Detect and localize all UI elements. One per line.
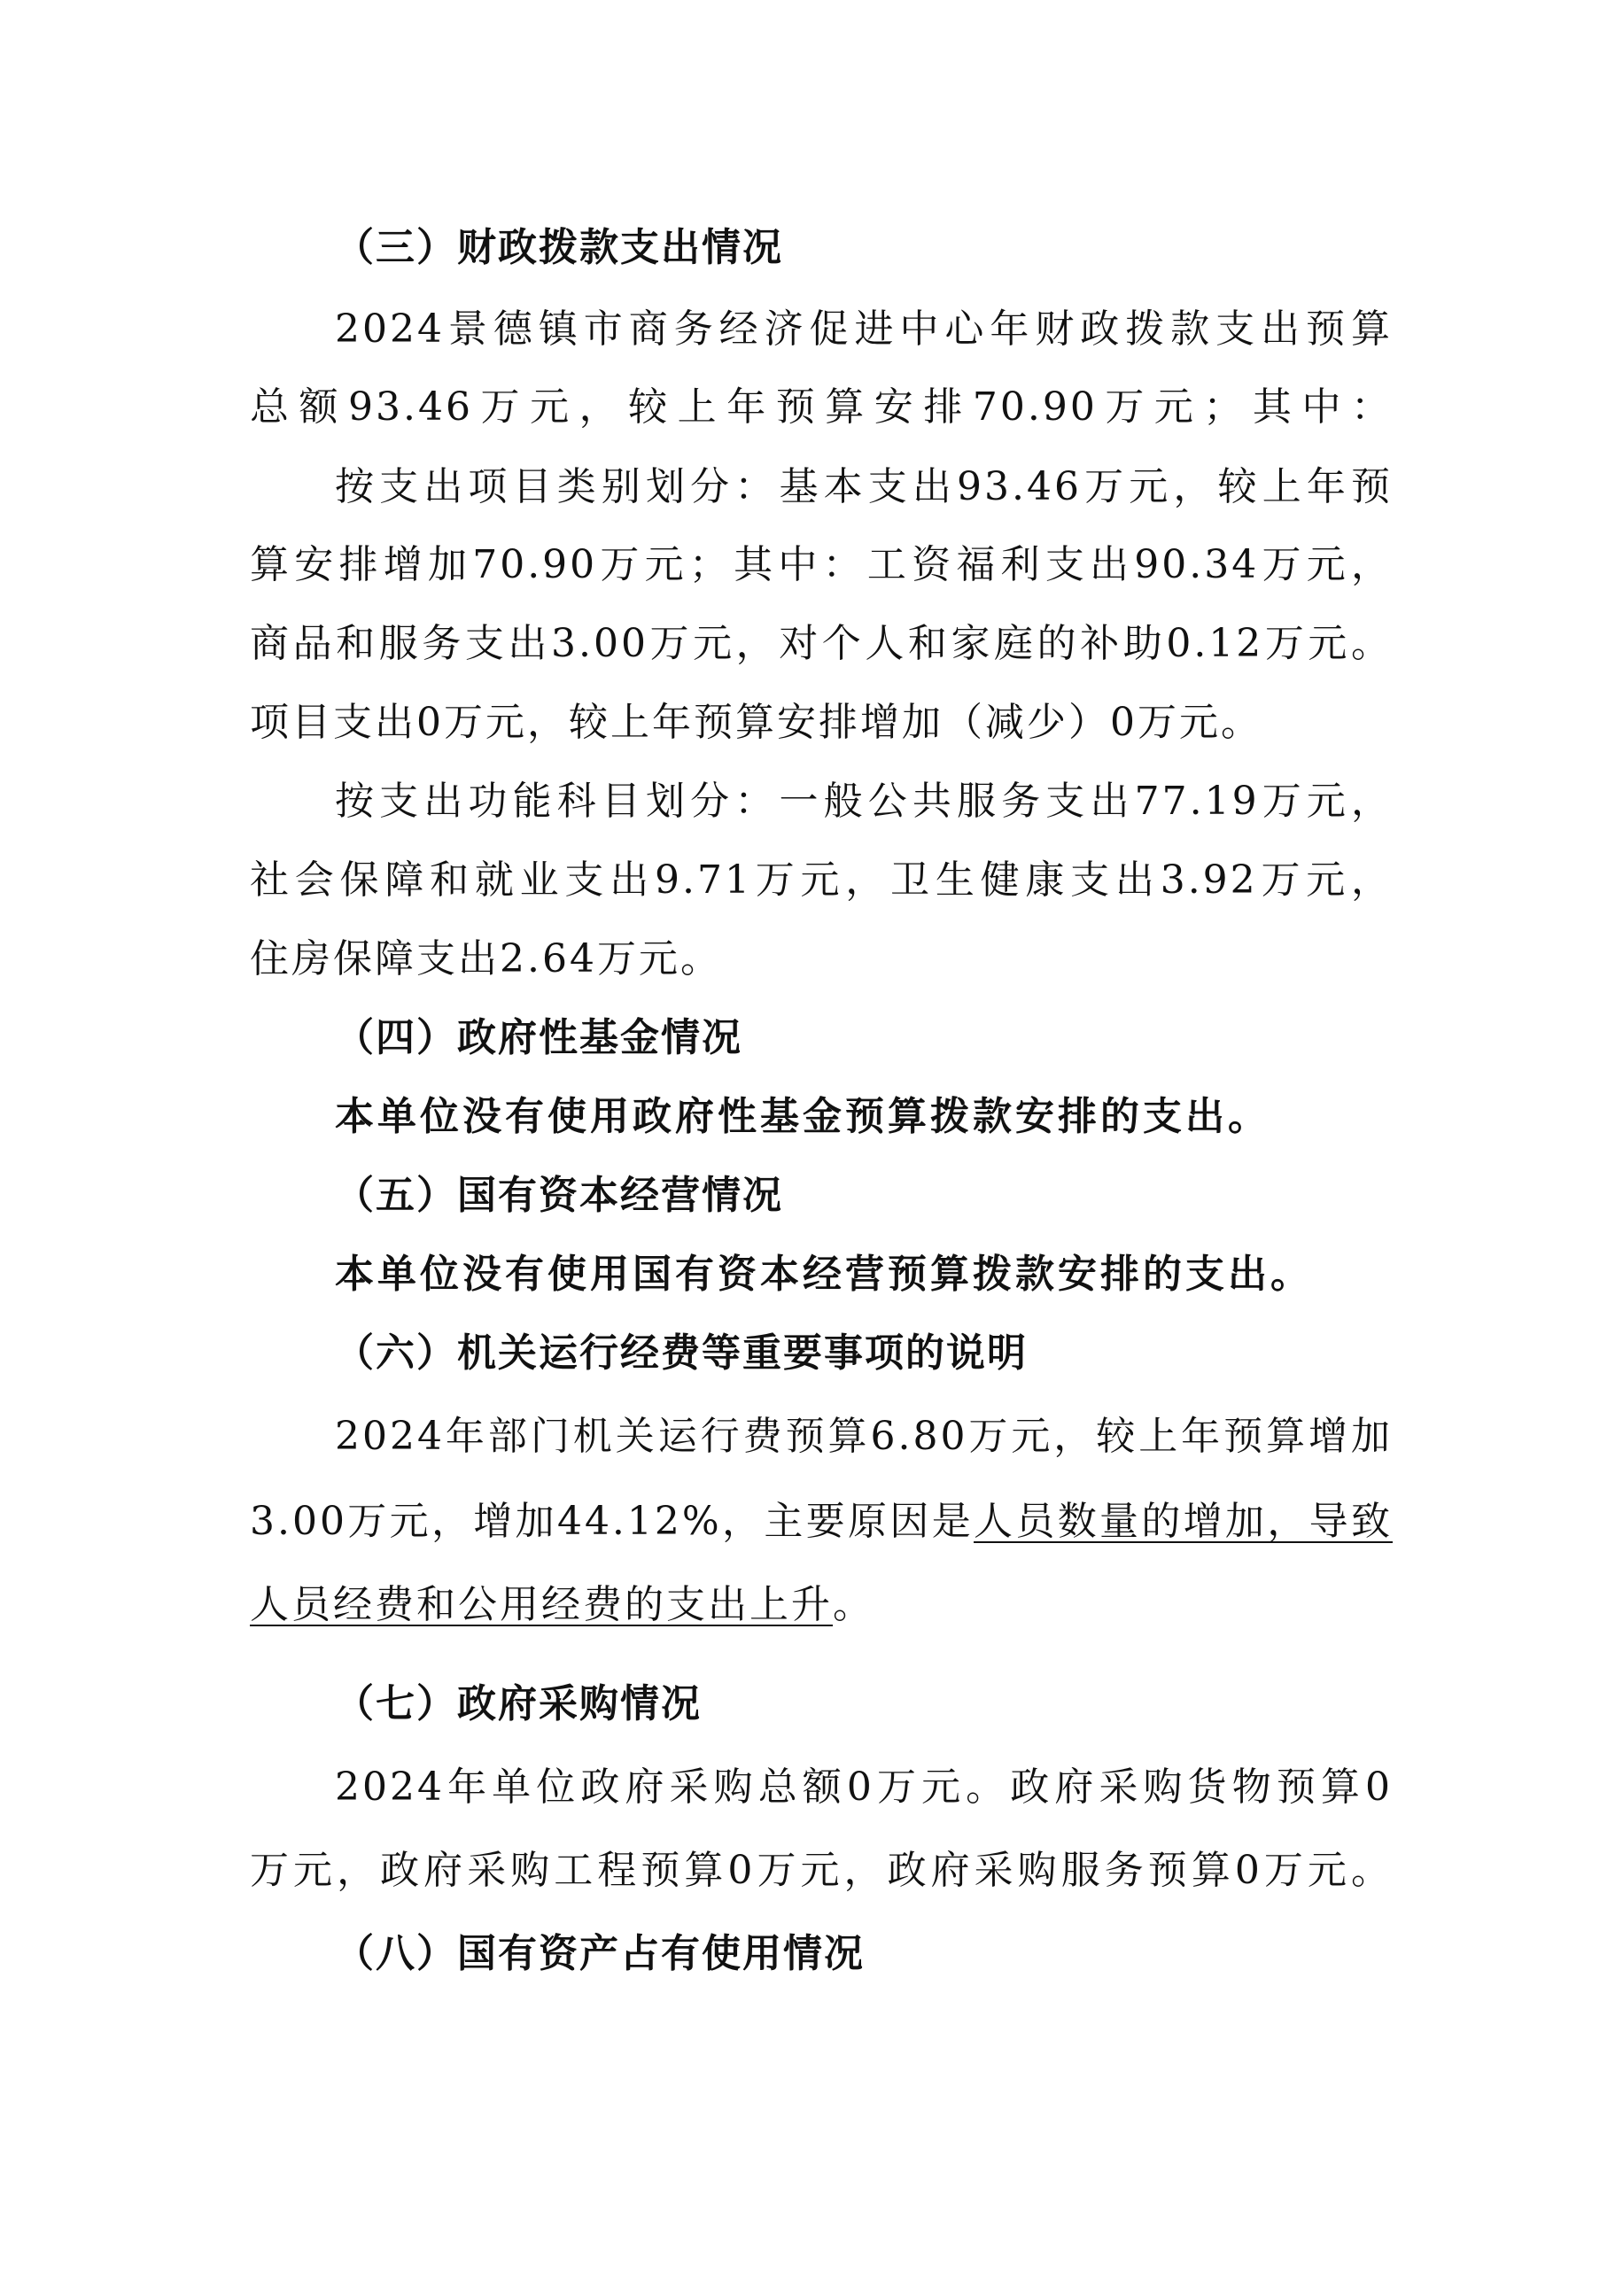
- paragraph-line: 项目支出0万元，较上年预算安排增加（减少）0万元。: [250, 696, 1393, 749]
- section-heading-4: （四）政府性基金情况: [250, 1012, 1393, 1065]
- paragraph-line: 按支出功能科目划分：一般公共服务支出77.19万元，: [250, 775, 1393, 828]
- paragraph-line: 住房保障支出2.64万元。: [250, 933, 1393, 986]
- reason-intro-text: 3.00万元，增加44.12%，主要原因是: [250, 1499, 974, 1544]
- section-heading-3: （三）财政拨款支出情况: [250, 221, 1393, 275]
- paragraph-line: 商品和服务支出3.00万元，对个人和家庭的补助0.12万元。: [250, 617, 1393, 671]
- section-body-5: 本单位没有使用国有资本经营预算拨款安排的支出。: [250, 1248, 1393, 1301]
- paragraph-line: 2024景德镇市商务经济促进中心年财政拨款支出预算: [250, 303, 1393, 356]
- section-heading-8: （八）国有资产占有使用情况: [250, 1928, 1393, 1981]
- paragraph-line: 人员经费和公用经费的支出上升。: [250, 1578, 1393, 1632]
- section-heading-5: （五）国有资本经营情况: [250, 1169, 1393, 1222]
- paragraph-line: 算安排增加70.90万元；其中：工资福利支出90.34万元，: [250, 539, 1393, 592]
- paragraph-line: 3.00万元，增加44.12%，主要原因是人员数量的增加，导致: [250, 1495, 1393, 1548]
- section-heading-6: （六）机关运行经费等重要事项的说明: [250, 1327, 1393, 1380]
- paragraph-line: 万元，政府采购工程预算0万元，政府采购服务预算0万元。: [250, 1844, 1393, 1897]
- paragraph-line: 2024年部门机关运行费预算6.80万元，较上年预算增加: [250, 1410, 1393, 1463]
- paragraph-line: 2024年单位政府采购总额0万元。政府采购货物预算0: [250, 1761, 1393, 1814]
- period-text: 。: [833, 1582, 874, 1627]
- underlined-reason-text: 人员经费和公用经费的支出上升: [250, 1582, 833, 1627]
- paragraph-line: 社会保障和就业支出9.71万元，卫生健康支出3.92万元，: [250, 854, 1393, 907]
- section-body-4: 本单位没有使用政府性基金预算拨款安排的支出。: [250, 1090, 1393, 1144]
- section-heading-7: （七）政府采购情况: [250, 1678, 1393, 1731]
- underlined-reason-text: 人员数量的增加，导致: [974, 1499, 1393, 1544]
- paragraph-line: 总额93.46万元，较上年预算安排70.90万元；其中：: [250, 381, 1393, 434]
- paragraph-line: 按支出项目类别划分：基本支出93.46万元，较上年预: [250, 461, 1393, 514]
